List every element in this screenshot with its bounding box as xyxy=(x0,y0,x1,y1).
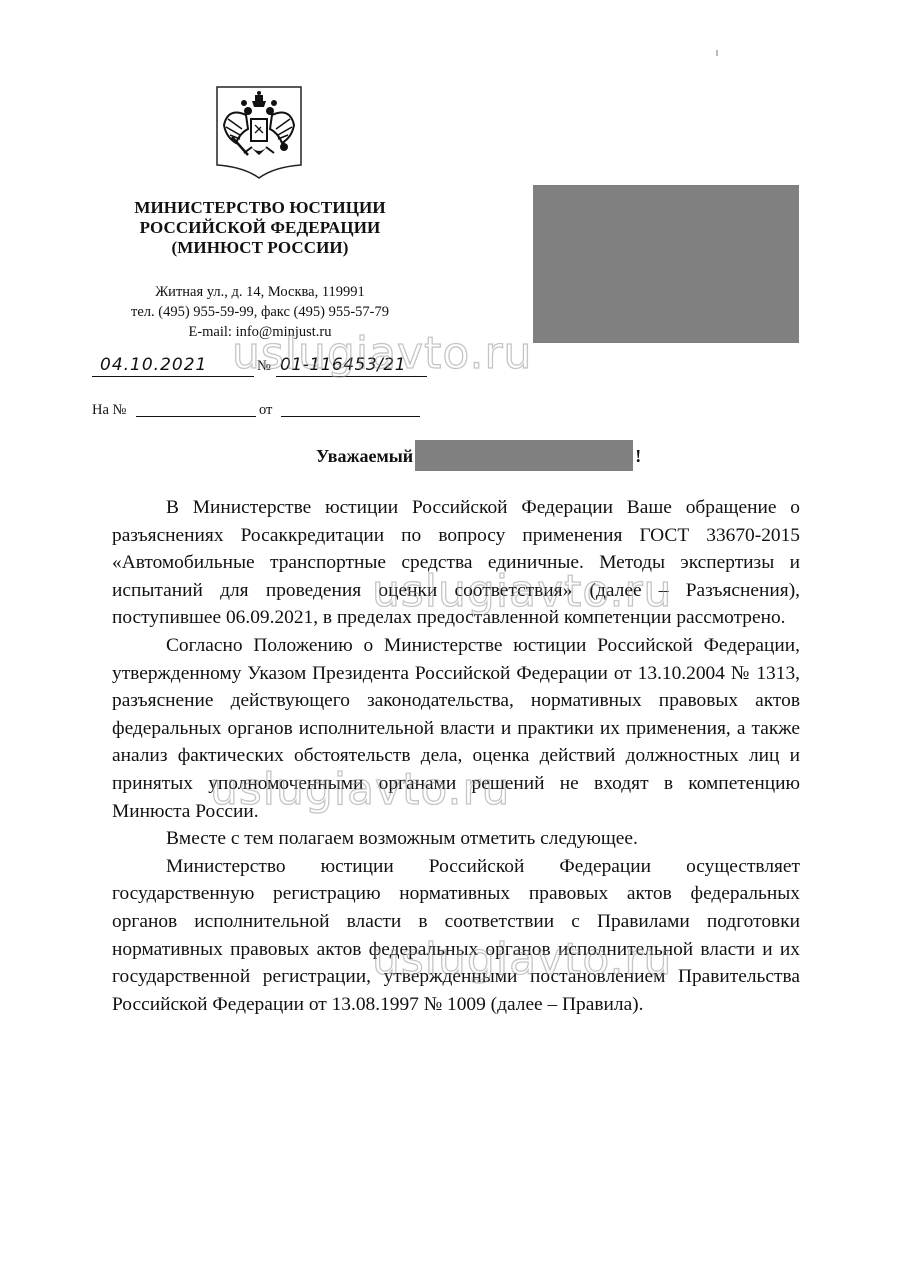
greeting: Уважаемый! xyxy=(316,440,641,470)
reference-date-field xyxy=(281,400,420,417)
body-paragraph: Министерство юстиции Российской Федераци… xyxy=(112,853,800,1019)
greeting-salutation: Уважаемый xyxy=(316,442,413,470)
org-name-line: МИНИСТЕРСТВО ЮСТИЦИИ xyxy=(90,198,430,218)
reference-number-field xyxy=(136,400,256,417)
org-name-line: (МИНЮСТ РОССИИ) xyxy=(90,238,430,258)
reference-line: На № от xyxy=(92,400,427,422)
greeting-punctuation: ! xyxy=(635,442,641,470)
email: E-mail: info@minjust.ru xyxy=(90,322,430,342)
reference-date-label: от xyxy=(259,402,272,419)
phone-fax: тел. (495) 955-59-99, факс (495) 955-57-… xyxy=(90,302,430,322)
reference-number-label: На № xyxy=(92,402,126,419)
registration-date: 04.10.2021 xyxy=(92,355,254,377)
body-paragraph: Согласно Положению о Министерстве юстици… xyxy=(112,632,800,825)
recipient-address-redaction xyxy=(533,185,799,343)
coat-of-arms-icon xyxy=(214,85,304,180)
organization-address: Житная ул., д. 14, Москва, 119991 тел. (… xyxy=(90,282,430,342)
registration-line: 04.10.2021 № 01-116453/21 xyxy=(92,355,427,381)
registration-number-label: № xyxy=(257,358,271,375)
body-paragraph: В Министерстве юстиции Российской Федера… xyxy=(112,494,800,632)
organization-name: МИНИСТЕРСТВО ЮСТИЦИИ РОССИЙСКОЙ ФЕДЕРАЦИ… xyxy=(90,198,430,258)
scan-artifact xyxy=(716,50,718,56)
letter-page: МИНИСТЕРСТВО ЮСТИЦИИ РОССИЙСКОЙ ФЕДЕРАЦИ… xyxy=(0,0,908,1280)
street-address: Житная ул., д. 14, Москва, 119991 xyxy=(90,282,430,302)
org-name-line: РОССИЙСКОЙ ФЕДЕРАЦИИ xyxy=(90,218,430,238)
registration-number: 01-116453/21 xyxy=(276,355,427,377)
letter-body: В Министерстве юстиции Российской Федера… xyxy=(112,494,800,1018)
body-paragraph: Вместе с тем полагаем возможным отметить… xyxy=(112,825,800,853)
recipient-name-redaction xyxy=(415,440,633,471)
